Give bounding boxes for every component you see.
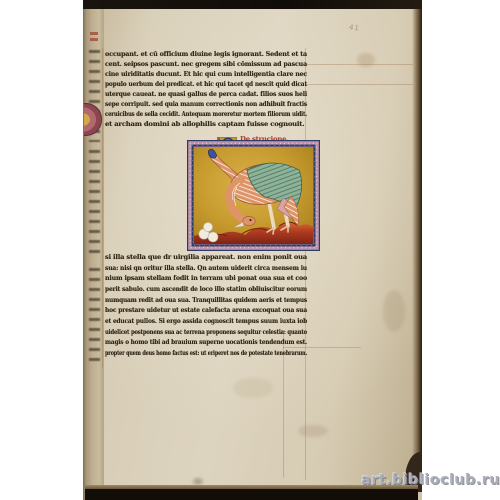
text-line: nium ipsam stellam fodit in terram ubi p… bbox=[105, 274, 307, 282]
gutter-text-fragments bbox=[89, 268, 100, 368]
photo-top-edge bbox=[83, 0, 422, 9]
text-line: hoc prestare uidetur ut estate calefacta… bbox=[105, 306, 307, 314]
photo-bottom-edge bbox=[85, 489, 418, 500]
text-line: uidelicet postponens sua ac terrena prop… bbox=[105, 328, 307, 336]
text-line: magis o homo tibi ad brauium superne uoc… bbox=[105, 338, 307, 346]
gutter-strip bbox=[83, 0, 104, 500]
ostrich-miniature bbox=[187, 140, 320, 251]
parchment-mark bbox=[193, 478, 203, 485]
gutter-text-fragments bbox=[89, 150, 100, 260]
text-line: cine uiriditatis ducunt. Et hic qui cum … bbox=[105, 70, 307, 78]
text-line: et educat pullos. Si ergo assida cognosc… bbox=[105, 317, 307, 325]
site-watermark: art.biblioclub.ru bbox=[334, 472, 500, 488]
text-line: occupant. et cū officium diuine legis ig… bbox=[105, 50, 307, 58]
text-line: et archam domini ab allophilis captam fu… bbox=[105, 120, 304, 128]
text-line: propter quem deus homo factus est: ut er… bbox=[105, 349, 307, 357]
codex-photo-area: 41 occupant. et cū officium diuine legis… bbox=[83, 0, 422, 500]
text-line: cent. seipsos pascunt. nec gregem sibi c… bbox=[105, 60, 307, 68]
parchment-stain bbox=[383, 290, 405, 332]
text-paragraph-bottom: si illa stella que dr uirgilia appareat.… bbox=[105, 253, 307, 363]
folio-number-pencil: 41 bbox=[348, 23, 360, 32]
text-line: populo uerbum dei predicat. et hic qui t… bbox=[105, 80, 307, 88]
page-right-edge bbox=[412, 9, 422, 479]
parchment-stain bbox=[357, 53, 375, 67]
text-paragraph-top: occupant. et cū officium diuine legis ig… bbox=[105, 50, 307, 134]
text-line: si illa stella que dr uirgilia appareat.… bbox=[105, 253, 307, 261]
text-line: uterque caueat. ne quasi gallus de perca… bbox=[105, 90, 307, 98]
gutter-rubric-fragment bbox=[90, 32, 98, 44]
ruling-line bbox=[102, 48, 103, 368]
text-line: sepe corripuit. sed quia manum correctio… bbox=[105, 100, 307, 108]
text-line: sua: nisi qn oritur illa stella. Qn aute… bbox=[105, 264, 307, 272]
text-line: perit sabulo. cum ascendit de loco illo … bbox=[105, 285, 307, 293]
text-line: numquam redit ad oua sua. Tranquillitas … bbox=[105, 296, 307, 304]
manuscript-photo: 41 occupant. et cū officium diuine legis… bbox=[0, 0, 500, 500]
parchment-stain bbox=[298, 425, 328, 437]
text-line: ceruicibus de sella cecidit. Antequam mo… bbox=[105, 110, 307, 118]
parchment-stain bbox=[233, 378, 273, 398]
ruling-line bbox=[305, 84, 413, 85]
